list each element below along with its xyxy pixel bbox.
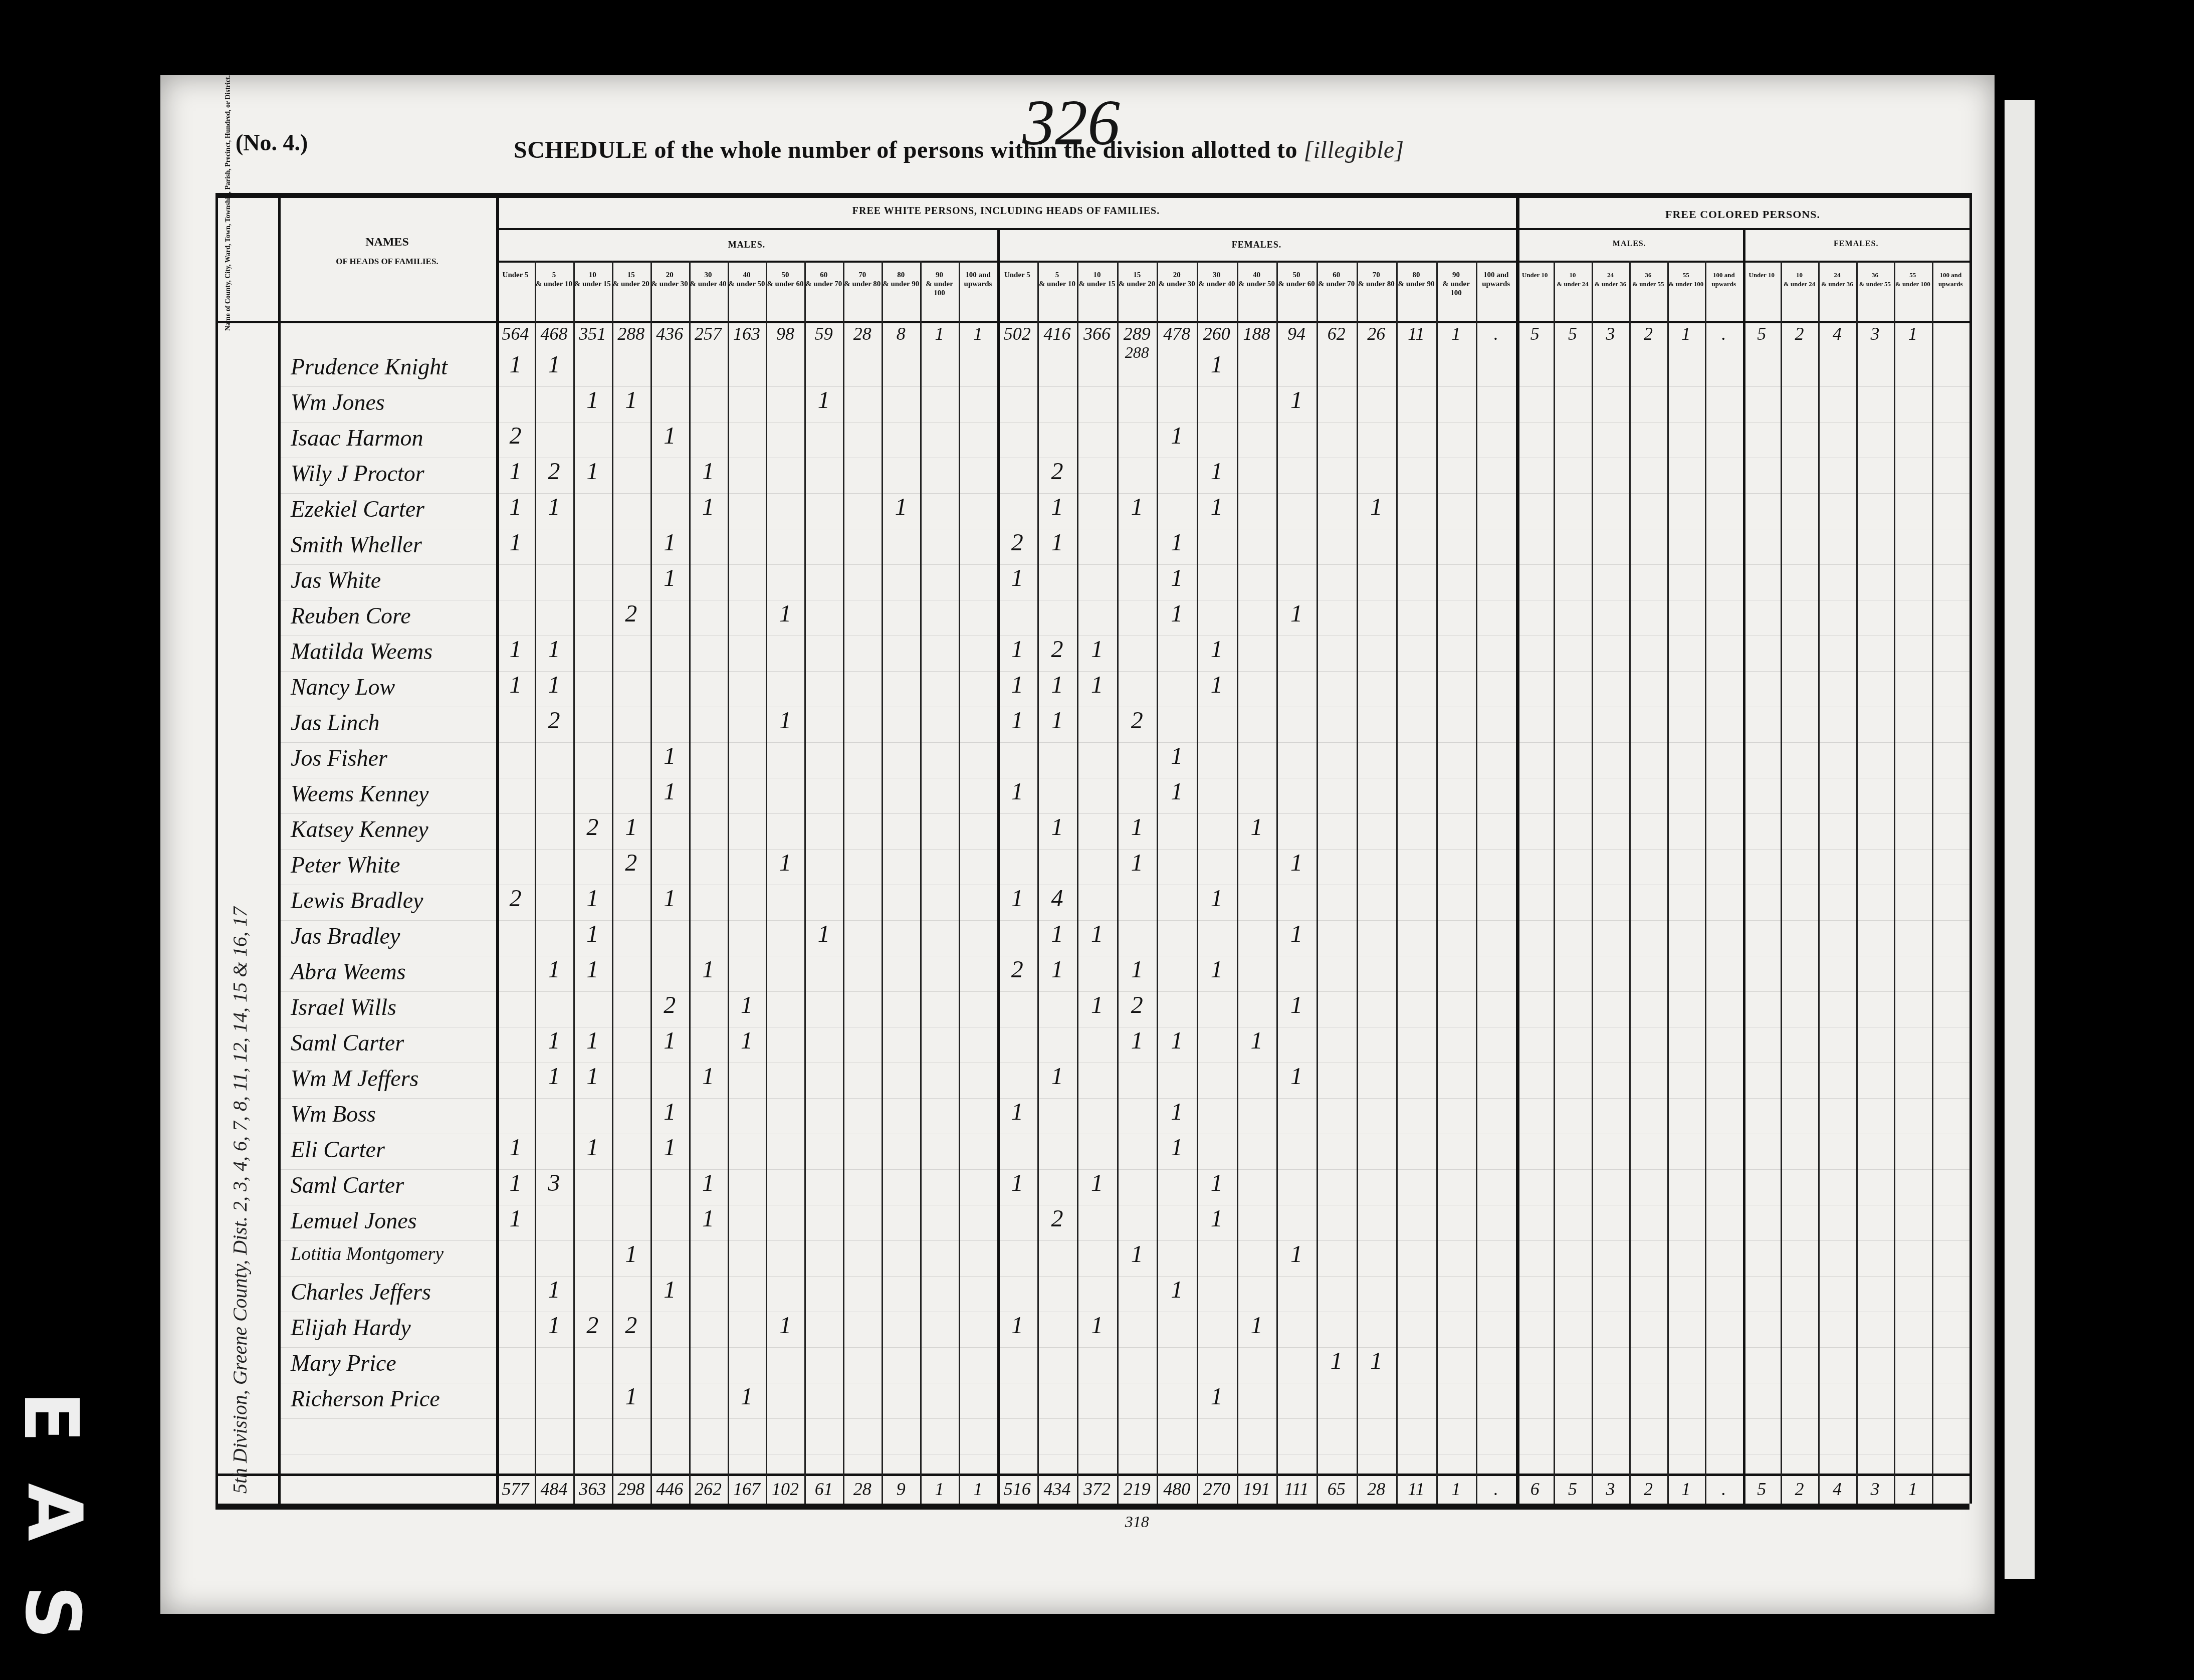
female-tally: 1: [1197, 493, 1237, 521]
carried-male-count: 59: [804, 323, 843, 344]
male-tally: 1: [650, 1134, 689, 1161]
total-male-count: 577: [496, 1479, 535, 1500]
total-female-count: 434: [1037, 1479, 1077, 1500]
female-column-rule: [1396, 261, 1398, 1504]
female-tally: 2: [1037, 636, 1077, 663]
head-of-family-name: Saml Carter: [291, 1172, 404, 1198]
female-tally: 1: [1237, 1312, 1277, 1339]
female-tally: 1: [1037, 920, 1077, 948]
male-tally: 1: [650, 1027, 689, 1055]
male-tally: 1: [766, 707, 804, 734]
female-tally: 1: [1077, 991, 1117, 1019]
male-age-header: 40 & under 50: [728, 271, 766, 289]
row-guide: [278, 600, 1969, 600]
female-tally: 2: [997, 956, 1037, 983]
white-colored-rule: [1516, 193, 1519, 1504]
male-tally: 1: [766, 600, 804, 627]
male-age-header: 20 & under 30: [650, 271, 689, 289]
place-column-rule: [278, 193, 281, 1504]
total-colored-female-count: 5: [1743, 1479, 1781, 1500]
total-female-count: 111: [1276, 1479, 1317, 1500]
colored-female-age-header: Under 10: [1743, 271, 1781, 280]
colored-male-age-header: 100 and upwards: [1705, 271, 1742, 289]
total-male-count: 1: [920, 1479, 959, 1500]
male-tally: 1: [728, 1383, 766, 1410]
female-column-rule: [1197, 261, 1198, 1504]
total-male-count: 102: [766, 1479, 804, 1500]
female-tally: 1: [1077, 636, 1117, 663]
male-tally: 2: [612, 600, 650, 627]
male-tally: 1: [496, 529, 535, 556]
male-tally: 1: [650, 529, 689, 556]
male-tally: 1: [689, 1169, 728, 1197]
females-heading: FEMALES.: [997, 240, 1516, 250]
film-edge-letter-e: E: [7, 1391, 94, 1442]
total-female-count: 372: [1077, 1479, 1117, 1500]
colored-male-age-header: 55 & under 100: [1667, 271, 1705, 289]
female-tally: 4: [1037, 885, 1077, 912]
female-tally: 1: [1357, 493, 1397, 521]
male-tally: 2: [650, 991, 689, 1019]
female-tally: 1: [1276, 600, 1317, 627]
male-column-rule: [804, 261, 806, 1504]
female-age-header: 20 & under 30: [1157, 271, 1197, 289]
colored-column-rule: [1667, 261, 1669, 1504]
male-age-header: 5 & under 10: [535, 271, 573, 289]
head-of-family-name: Jas Linch: [291, 709, 380, 736]
row-guide: [278, 1098, 1969, 1099]
male-column-rule: [843, 261, 844, 1504]
female-tally: 1: [1077, 671, 1117, 699]
carried-male-count: 28: [843, 323, 882, 344]
male-tally: 1: [535, 1027, 573, 1055]
female-tally: 1: [1197, 956, 1237, 983]
colored-male-age-header: 10 & under 24: [1554, 271, 1591, 289]
male-tally: 1: [612, 1240, 650, 1268]
row-guide: [278, 920, 1969, 921]
female-age-header: 10 & under 15: [1077, 271, 1117, 289]
male-tally: 2: [535, 458, 573, 485]
carried-male-count: 288: [612, 323, 650, 344]
male-age-header: 80 & under 90: [882, 271, 920, 289]
female-tally: 1: [997, 636, 1037, 663]
male-tally: 2: [612, 849, 650, 877]
head-of-family-name: Jas White: [291, 567, 381, 593]
male-tally: 1: [573, 956, 612, 983]
male-tally: 1: [535, 1312, 573, 1339]
colored-female-age-header: 55 & under 100: [1894, 271, 1931, 289]
colored-males-heading: MALES.: [1516, 240, 1743, 249]
row-guide: [278, 778, 1969, 778]
female-tally: 1: [1157, 1098, 1197, 1126]
female-tally: 1: [1197, 885, 1237, 912]
female-tally: 1: [1037, 707, 1077, 734]
colored-column-rule: [1705, 261, 1706, 1504]
female-tally: 1: [1037, 529, 1077, 556]
carried-male-count: 1: [920, 323, 959, 344]
carried-colored-male-count: 3: [1592, 323, 1629, 344]
total-male-count: 28: [843, 1479, 882, 1500]
head-of-family-name: Smith Wheller: [291, 531, 422, 558]
binding-edge: [2005, 100, 2035, 1579]
male-tally: 1: [496, 1205, 535, 1232]
male-tally: 1: [535, 956, 573, 983]
head-of-family-name: Peter White: [291, 852, 400, 878]
total-colored-female-count: 3: [1856, 1479, 1894, 1500]
total-female-count: 191: [1237, 1479, 1277, 1500]
female-tally: 1: [1237, 1027, 1277, 1055]
head-of-family-name: Jos Fisher: [291, 745, 387, 771]
row-guide: [278, 1063, 1969, 1063]
names-column-rule: [496, 193, 499, 1504]
colored-female-age-header: 10 & under 24: [1781, 271, 1818, 289]
total-female-count: 516: [997, 1479, 1037, 1500]
total-colored-male-count: 5: [1554, 1479, 1591, 1500]
female-tally: 1: [1276, 991, 1317, 1019]
male-tally: 1: [650, 422, 689, 450]
colored-female-age-header: 36 & under 55: [1856, 271, 1894, 289]
female-tally: 1: [997, 1098, 1037, 1126]
male-tally: 1: [689, 1205, 728, 1232]
female-tally: 1: [1157, 564, 1197, 592]
carried-male-count: 468: [535, 323, 573, 344]
male-tally: 1: [573, 1134, 612, 1161]
carried-colored-female-count: 5: [1743, 323, 1781, 344]
female-tally: 1: [1117, 1240, 1157, 1268]
male-tally: 1: [612, 813, 650, 841]
female-column-rule: [1476, 261, 1477, 1504]
female-tally: 1: [1276, 386, 1317, 414]
total-male-count: 363: [573, 1479, 612, 1500]
male-tally: 1: [496, 1169, 535, 1197]
male-tally: 1: [535, 493, 573, 521]
male-tally: 1: [804, 920, 843, 948]
total-male-count: 262: [689, 1479, 728, 1500]
female-tally: 2: [1117, 991, 1157, 1019]
total-male-count: 298: [612, 1479, 650, 1500]
male-tally: 1: [535, 636, 573, 663]
carried-male-count: 436: [650, 323, 689, 344]
total-colored-male-count: 1: [1667, 1479, 1705, 1500]
schedule-title: SCHEDULE of the whole number of persons …: [514, 136, 1404, 164]
female-age-header: 100 and upwards: [1476, 271, 1516, 289]
male-tally: 1: [573, 885, 612, 912]
sex-rule: [496, 261, 1969, 263]
row-guide: [278, 1383, 1969, 1383]
female-age-header: 80 & under 90: [1396, 271, 1436, 289]
head-of-family-name: Wm M Jeffers: [291, 1065, 418, 1092]
female-age-header: 50 & under 60: [1276, 271, 1317, 289]
carried-female-count: 366: [1077, 323, 1117, 344]
total-colored-female-count: 4: [1818, 1479, 1856, 1500]
head-of-family-name: Isaac Harmon: [291, 425, 423, 451]
head-of-family-name: Elijah Hardy: [291, 1314, 411, 1341]
female-tally: 1: [1117, 493, 1157, 521]
female-tally: 1: [1276, 920, 1317, 948]
carried-female-count: 26: [1357, 323, 1397, 344]
female-tally: 1: [1197, 1383, 1237, 1410]
female-tally: 1: [1276, 1063, 1317, 1090]
female-tally: 2: [997, 529, 1037, 556]
male-age-header: 90 & under 100: [920, 271, 959, 298]
female-tally: 1: [1157, 1276, 1197, 1304]
total-female-count: 219: [1117, 1479, 1157, 1500]
total-colored-male-count: 3: [1592, 1479, 1629, 1500]
title-printed: SCHEDULE of the whole number of persons …: [514, 137, 1297, 163]
male-column-rule: [728, 261, 729, 1504]
female-age-header: 70 & under 80: [1357, 271, 1397, 289]
male-tally: 1: [573, 386, 612, 414]
carried-female-count: 11: [1396, 323, 1436, 344]
male-age-header: 60 & under 70: [804, 271, 843, 289]
total-male-count: 484: [535, 1479, 573, 1500]
female-tally: 1: [1197, 636, 1237, 663]
female-tally: 1: [997, 778, 1037, 805]
female-tally: 1: [1037, 956, 1077, 983]
head-of-family-name: Wily J Proctor: [291, 460, 424, 487]
row-guide: [278, 1347, 1969, 1348]
female-tally: 1: [1037, 671, 1077, 699]
male-tally: 1: [650, 1098, 689, 1126]
total-female-count: .: [1476, 1479, 1516, 1500]
carried-female-count: 416: [1037, 323, 1077, 344]
female-tally: 1: [997, 707, 1037, 734]
head-of-family-name: Reuben Core: [291, 602, 411, 629]
carried-female-count: 94: [1276, 323, 1317, 344]
free-colored-heading: FREE COLORED PERSONS.: [1516, 208, 1969, 221]
head-of-family-name: Lemuel Jones: [291, 1207, 417, 1234]
male-tally: 1: [496, 1134, 535, 1161]
colored-female-age-header: 24 & under 36: [1818, 271, 1856, 289]
female-column-rule: [1276, 261, 1278, 1504]
female-tally: 1: [1157, 1134, 1197, 1161]
female-age-header: Under 5: [997, 271, 1037, 280]
female-tally: 1: [1197, 1205, 1237, 1232]
male-tally: 1: [535, 1063, 573, 1090]
total-colored-male-count: .: [1705, 1479, 1742, 1500]
male-tally: 1: [728, 1027, 766, 1055]
male-age-header: 100 and upwards: [959, 271, 997, 289]
female-tally: 1: [1157, 422, 1197, 450]
female-tally: 1: [1117, 1027, 1157, 1055]
female-tally: 1: [1117, 849, 1157, 877]
female-tally: 1: [1077, 1169, 1117, 1197]
female-tally: 2: [1117, 707, 1157, 734]
table-left-rule: [215, 193, 218, 1504]
names-subheading: OF HEADS OF FAMILIES.: [278, 257, 496, 267]
total-colored-male-count: 2: [1629, 1479, 1667, 1500]
carried-male-count: 1: [959, 323, 997, 344]
male-tally: 1: [573, 1027, 612, 1055]
carried-colored-male-count: 5: [1516, 323, 1554, 344]
total-male-count: 1: [959, 1479, 997, 1500]
row-guide: [278, 742, 1969, 743]
head-of-family-name: Weems Kenney: [291, 780, 428, 807]
male-tally: 1: [496, 671, 535, 699]
carried-female-count: 1: [1436, 323, 1476, 344]
female-tally: 1: [1117, 813, 1157, 841]
colored-column-rule: [1932, 261, 1933, 1504]
female-age-header: 90 & under 100: [1436, 271, 1476, 298]
carried-colored-female-count: 2: [1781, 323, 1818, 344]
form-number: (No. 4.): [236, 129, 308, 156]
female-tally: 1: [997, 1169, 1037, 1197]
carried-male-count: 163: [728, 323, 766, 344]
title-handwritten: [illegible]: [1304, 137, 1404, 163]
total-colored-female-count: 2: [1781, 1479, 1818, 1500]
total-female-count: 480: [1157, 1479, 1197, 1500]
male-tally: 1: [650, 778, 689, 805]
head-of-family-name: Abra Weems: [291, 958, 406, 985]
row-guide: [278, 1454, 1969, 1454]
top-rule: [215, 193, 1969, 198]
free-white-heading: FREE WHITE PERSONS, INCLUDING HEADS OF F…: [496, 205, 1516, 217]
male-tally: 1: [804, 386, 843, 414]
film-edge-letter-s: S: [9, 1585, 96, 1639]
row-guide: [278, 1418, 1969, 1419]
female-tally: 1: [997, 885, 1037, 912]
male-tally: 1: [612, 386, 650, 414]
carried-female-count: 188: [1237, 323, 1277, 344]
female-age-header: 40 & under 50: [1237, 271, 1277, 289]
row-guide: [278, 1276, 1969, 1277]
colored-column-rule: [1781, 261, 1782, 1504]
colored-male-age-header: 36 & under 55: [1629, 271, 1667, 289]
male-tally: 1: [689, 458, 728, 485]
male-age-header: 50 & under 60: [766, 271, 804, 289]
head-of-family-name: Nancy Low: [291, 674, 395, 700]
male-age-header: Under 5: [496, 271, 535, 280]
male-tally: 2: [573, 1312, 612, 1339]
female-tally: 1: [1357, 1347, 1397, 1375]
female-tally: 1: [1317, 1347, 1357, 1375]
total-male-count: 167: [728, 1479, 766, 1500]
colored-male-age-header: Under 10: [1516, 271, 1554, 280]
male-age-header: 10 & under 15: [573, 271, 612, 289]
head-of-family-name: Jas Bradley: [291, 923, 400, 949]
head-of-family-name: Wm Boss: [291, 1101, 376, 1127]
male-tally: 1: [650, 742, 689, 770]
head-of-family-name: Lewis Bradley: [291, 887, 423, 914]
male-tally: 2: [496, 422, 535, 450]
male-tally: 1: [496, 458, 535, 485]
male-column-rule: [920, 261, 922, 1504]
bottom-rule: [215, 1504, 1969, 1510]
male-tally: 1: [535, 351, 573, 378]
head-of-family-name: Mary Price: [291, 1350, 396, 1376]
male-age-header: 15 & under 20: [612, 271, 650, 289]
male-tally: 1: [612, 1383, 650, 1410]
total-female-count: 28: [1357, 1479, 1397, 1500]
white-section-rule: [496, 228, 1516, 230]
male-tally: 1: [650, 1276, 689, 1304]
male-tally: 3: [535, 1169, 573, 1197]
colored-sex-rule: [1743, 228, 1745, 1504]
female-tally: 1: [997, 1312, 1037, 1339]
total-male-count: 9: [882, 1479, 920, 1500]
head-of-family-name: Prudence Knight: [291, 353, 448, 380]
colored-column-rule: [1592, 261, 1593, 1504]
female-tally: 1: [1077, 920, 1117, 948]
margin-annotation: 5th Division, Greene County, Dist. 2, 3,…: [228, 907, 252, 1494]
male-tally: 1: [535, 1276, 573, 1304]
male-tally: 1: [496, 493, 535, 521]
total-female-count: 65: [1317, 1479, 1357, 1500]
female-tally: 1: [1237, 813, 1277, 841]
total-male-count: 446: [650, 1479, 689, 1500]
female-tally: 1: [1037, 493, 1077, 521]
head-of-family-name: Katsey Kenney: [291, 816, 428, 843]
male-tally: 1: [728, 991, 766, 1019]
female-age-header: 60 & under 70: [1317, 271, 1357, 289]
table-right-rule: [1969, 193, 1972, 1504]
carried-colored-male-count: 5: [1554, 323, 1591, 344]
colored-column-rule: [1818, 261, 1820, 1504]
male-column-rule: [689, 261, 691, 1504]
males-heading: MALES.: [496, 240, 997, 250]
carried-colored-female-count: 4: [1818, 323, 1856, 344]
female-tally: 1: [1276, 849, 1317, 877]
female-age-header: 5 & under 10: [1037, 271, 1077, 289]
head-of-family-name: Charles Jeffers: [291, 1279, 431, 1305]
male-tally: 1: [573, 1063, 612, 1090]
female-tally: 2: [1037, 1205, 1077, 1232]
male-tally: 2: [535, 707, 573, 734]
female-tally: 1: [1197, 671, 1237, 699]
male-tally: 1: [766, 1312, 804, 1339]
head-of-family-name: Wm Jones: [291, 389, 385, 415]
female-tally: 1: [1157, 600, 1197, 627]
male-tally: 1: [496, 351, 535, 378]
carried-male-count: 351: [573, 323, 612, 344]
carried-colored-male-count: .: [1705, 323, 1742, 344]
female-tally: 1: [1197, 351, 1237, 378]
female-tally: 1: [997, 671, 1037, 699]
female-tally: 1: [1276, 1240, 1317, 1268]
carried-colored-male-count: 1: [1667, 323, 1705, 344]
female-tally: 1: [1157, 742, 1197, 770]
female-column-rule: [1436, 261, 1438, 1504]
female-tally: 1: [1077, 1312, 1117, 1339]
head-of-family-name: Richerson Price: [291, 1385, 440, 1412]
male-tally: 1: [573, 458, 612, 485]
total-female-count: 11: [1396, 1479, 1436, 1500]
male-tally: 1: [496, 636, 535, 663]
total-colored-male-count: 6: [1516, 1479, 1554, 1500]
colored-column-rule: [1629, 261, 1631, 1504]
head-of-family-name: Israel Wills: [291, 994, 396, 1020]
male-tally: 1: [882, 493, 920, 521]
total-female-count: 1: [1436, 1479, 1476, 1500]
head-of-family-name: Matilda Weems: [291, 638, 432, 665]
female-tally: 1: [1197, 458, 1237, 485]
head-of-family-name: Lotitia Montgomery: [291, 1243, 444, 1265]
carried-female-count: 289: [1117, 323, 1157, 344]
row-guide: [278, 564, 1969, 565]
carried-female-count: 502: [997, 323, 1037, 344]
male-tally: 1: [650, 885, 689, 912]
male-column-rule: [959, 261, 960, 1504]
head-of-family-name: Eli Carter: [291, 1136, 385, 1163]
carried-male-count: 564: [496, 323, 535, 344]
colored-column-rule: [1894, 261, 1895, 1504]
colored-females-heading: FEMALES.: [1743, 240, 1970, 249]
male-tally: 1: [689, 956, 728, 983]
male-tally: 2: [573, 813, 612, 841]
row-guide: [278, 1312, 1969, 1312]
male-tally: 1: [689, 1063, 728, 1090]
male-tally: 1: [650, 564, 689, 592]
